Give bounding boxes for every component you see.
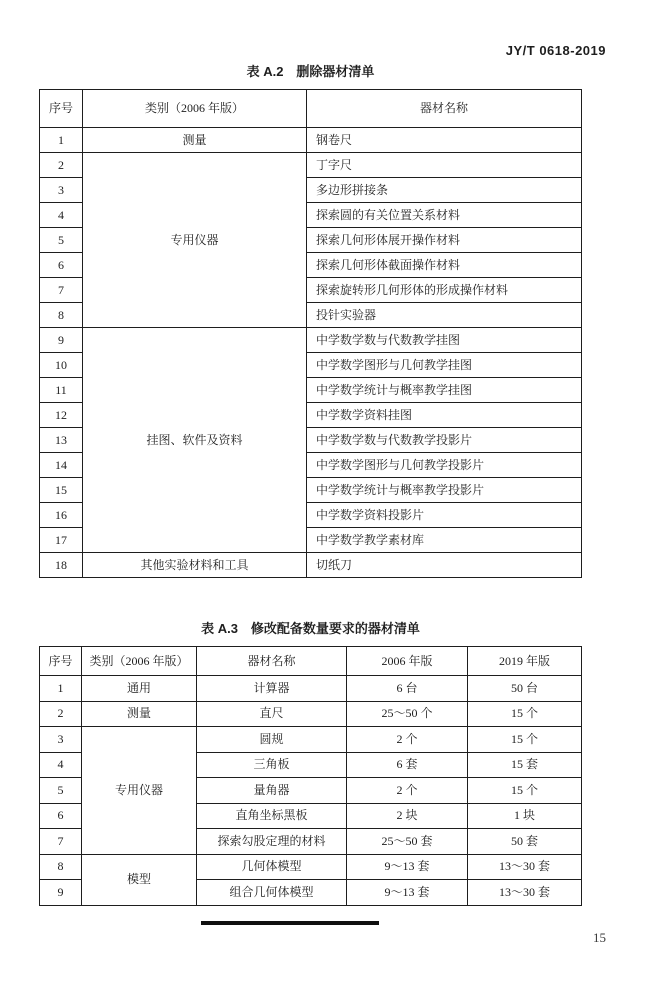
col-header-2019-edition: 2019 年版 (468, 647, 582, 676)
serial-cell: 2 (40, 701, 82, 727)
qty-2019-cell: 15 套 (468, 752, 582, 778)
serial-cell: 4 (40, 752, 82, 778)
table-a3-block: 表 A.3 修改配备数量要求的器材清单 序号 类别（2006 年版） 器材名称 … (39, 621, 582, 906)
col-header-equipment-name: 器材名称 (197, 647, 347, 676)
category-cell: 其他实验材料和工具 (83, 553, 307, 578)
serial-cell: 8 (40, 854, 82, 880)
table-a2-title: 表 A.2 删除器材清单 (39, 64, 582, 80)
equipment-name-cell: 投针实验器 (307, 303, 582, 328)
equipment-name-cell: 中学数学数与代数教学挂图 (307, 328, 582, 353)
qty-2006-cell: 9～13 套 (347, 854, 468, 880)
serial-cell: 8 (40, 303, 83, 328)
qty-2019-cell: 50 套 (468, 829, 582, 855)
equipment-name-cell: 探索圆的有关位置关系材料 (307, 203, 582, 228)
serial-cell: 6 (40, 803, 82, 829)
qty-2006-cell: 9～13 套 (347, 880, 468, 906)
equipment-name-cell: 切纸刀 (307, 553, 582, 578)
table-header-row: 序号 类别（2006 年版） 器材名称 2006 年版 2019 年版 (40, 647, 582, 676)
table-a3: 序号 类别（2006 年版） 器材名称 2006 年版 2019 年版 1 通用… (39, 646, 582, 906)
equipment-name-cell: 三角板 (197, 752, 347, 778)
qty-2019-cell: 1 块 (468, 803, 582, 829)
category-cell: 测量 (82, 701, 197, 727)
category-cell: 专用仪器 (83, 153, 307, 328)
qty-2019-cell: 15 个 (468, 727, 582, 753)
equipment-name-cell: 计算器 (197, 676, 347, 702)
serial-cell: 10 (40, 353, 83, 378)
equipment-name-cell: 多边形拼接条 (307, 178, 582, 203)
serial-cell: 9 (40, 328, 83, 353)
table-row: 3 专用仪器 圆规 2 个 15 个 (40, 727, 582, 753)
col-header-serial: 序号 (40, 647, 82, 676)
serial-cell: 13 (40, 428, 83, 453)
equipment-name-cell: 圆规 (197, 727, 347, 753)
table-row: 1 通用 计算器 6 台 50 台 (40, 676, 582, 702)
equipment-name-cell: 直角坐标黑板 (197, 803, 347, 829)
table-row: 2 专用仪器 丁字尺 (40, 153, 582, 178)
qty-2006-cell: 6 套 (347, 752, 468, 778)
equipment-name-cell: 探索几何形体展开操作材料 (307, 228, 582, 253)
col-header-category: 类别（2006 年版） (83, 90, 307, 128)
qty-2019-cell: 15 个 (468, 778, 582, 804)
serial-cell: 1 (40, 128, 83, 153)
serial-cell: 1 (40, 676, 82, 702)
serial-cell: 15 (40, 478, 83, 503)
equipment-name-cell: 中学数学资料投影片 (307, 503, 582, 528)
category-cell: 通用 (82, 676, 197, 702)
table-row: 2 测量 直尺 25～50 个 15 个 (40, 701, 582, 727)
category-cell: 挂图、软件及资料 (83, 328, 307, 553)
equipment-name-cell: 中学数学资料挂图 (307, 403, 582, 428)
equipment-name-cell: 钢卷尺 (307, 128, 582, 153)
equipment-name-cell: 探索旋转形几何形体的形成操作材料 (307, 278, 582, 303)
page-number: 15 (593, 930, 606, 946)
qty-2006-cell: 2 个 (347, 727, 468, 753)
col-header-2006-edition: 2006 年版 (347, 647, 468, 676)
serial-cell: 14 (40, 453, 83, 478)
end-of-document-bar (201, 921, 379, 925)
qty-2006-cell: 25～50 个 (347, 701, 468, 727)
table-a2-block: 表 A.2 删除器材清单 序号 类别（2006 年版） 器材名称 1 测量 钢卷… (39, 64, 582, 578)
serial-cell: 11 (40, 378, 83, 403)
col-header-serial: 序号 (40, 90, 83, 128)
category-cell: 模型 (82, 854, 197, 905)
serial-cell: 3 (40, 178, 83, 203)
document-page: JY/T 0618-2019 表 A.2 删除器材清单 序号 类别（2006 年… (0, 0, 661, 993)
serial-cell: 3 (40, 727, 82, 753)
serial-cell: 5 (40, 778, 82, 804)
category-cell: 专用仪器 (82, 727, 197, 855)
serial-cell: 9 (40, 880, 82, 906)
serial-cell: 7 (40, 278, 83, 303)
col-header-category: 类别（2006 年版） (82, 647, 197, 676)
serial-cell: 16 (40, 503, 83, 528)
equipment-name-cell: 探索几何形体截面操作材料 (307, 253, 582, 278)
col-header-equipment-name: 器材名称 (307, 90, 582, 128)
equipment-name-cell: 量角器 (197, 778, 347, 804)
qty-2019-cell: 15 个 (468, 701, 582, 727)
equipment-name-cell: 几何体模型 (197, 854, 347, 880)
serial-cell: 12 (40, 403, 83, 428)
equipment-name-cell: 探索勾股定理的材料 (197, 829, 347, 855)
equipment-name-cell: 中学数学统计与概率教学投影片 (307, 478, 582, 503)
equipment-name-cell: 组合几何体模型 (197, 880, 347, 906)
table-a2: 序号 类别（2006 年版） 器材名称 1 测量 钢卷尺 2 专用仪器 丁字尺 … (39, 89, 582, 578)
table-row: 18 其他实验材料和工具 切纸刀 (40, 553, 582, 578)
qty-2006-cell: 25～50 套 (347, 829, 468, 855)
equipment-name-cell: 中学数学教学素材库 (307, 528, 582, 553)
qty-2006-cell: 2 个 (347, 778, 468, 804)
serial-cell: 6 (40, 253, 83, 278)
qty-2006-cell: 2 块 (347, 803, 468, 829)
qty-2019-cell: 13～30 套 (468, 880, 582, 906)
qty-2019-cell: 13～30 套 (468, 854, 582, 880)
equipment-name-cell: 中学数学数与代数教学投影片 (307, 428, 582, 453)
serial-cell: 2 (40, 153, 83, 178)
serial-cell: 5 (40, 228, 83, 253)
qty-2006-cell: 6 台 (347, 676, 468, 702)
equipment-name-cell: 丁字尺 (307, 153, 582, 178)
serial-cell: 17 (40, 528, 83, 553)
equipment-name-cell: 直尺 (197, 701, 347, 727)
table-header-row: 序号 类别（2006 年版） 器材名称 (40, 90, 582, 128)
qty-2019-cell: 50 台 (468, 676, 582, 702)
category-cell: 测量 (83, 128, 307, 153)
equipment-name-cell: 中学数学统计与概率教学挂图 (307, 378, 582, 403)
table-row: 9 挂图、软件及资料 中学数学数与代数教学挂图 (40, 328, 582, 353)
table-a3-title: 表 A.3 修改配备数量要求的器材清单 (39, 621, 582, 637)
serial-cell: 7 (40, 829, 82, 855)
serial-cell: 18 (40, 553, 83, 578)
table-row: 1 测量 钢卷尺 (40, 128, 582, 153)
table-row: 8 模型 几何体模型 9～13 套 13～30 套 (40, 854, 582, 880)
doc-number: JY/T 0618-2019 (506, 43, 606, 58)
serial-cell: 4 (40, 203, 83, 228)
equipment-name-cell: 中学数学图形与几何教学投影片 (307, 453, 582, 478)
equipment-name-cell: 中学数学图形与几何教学挂图 (307, 353, 582, 378)
